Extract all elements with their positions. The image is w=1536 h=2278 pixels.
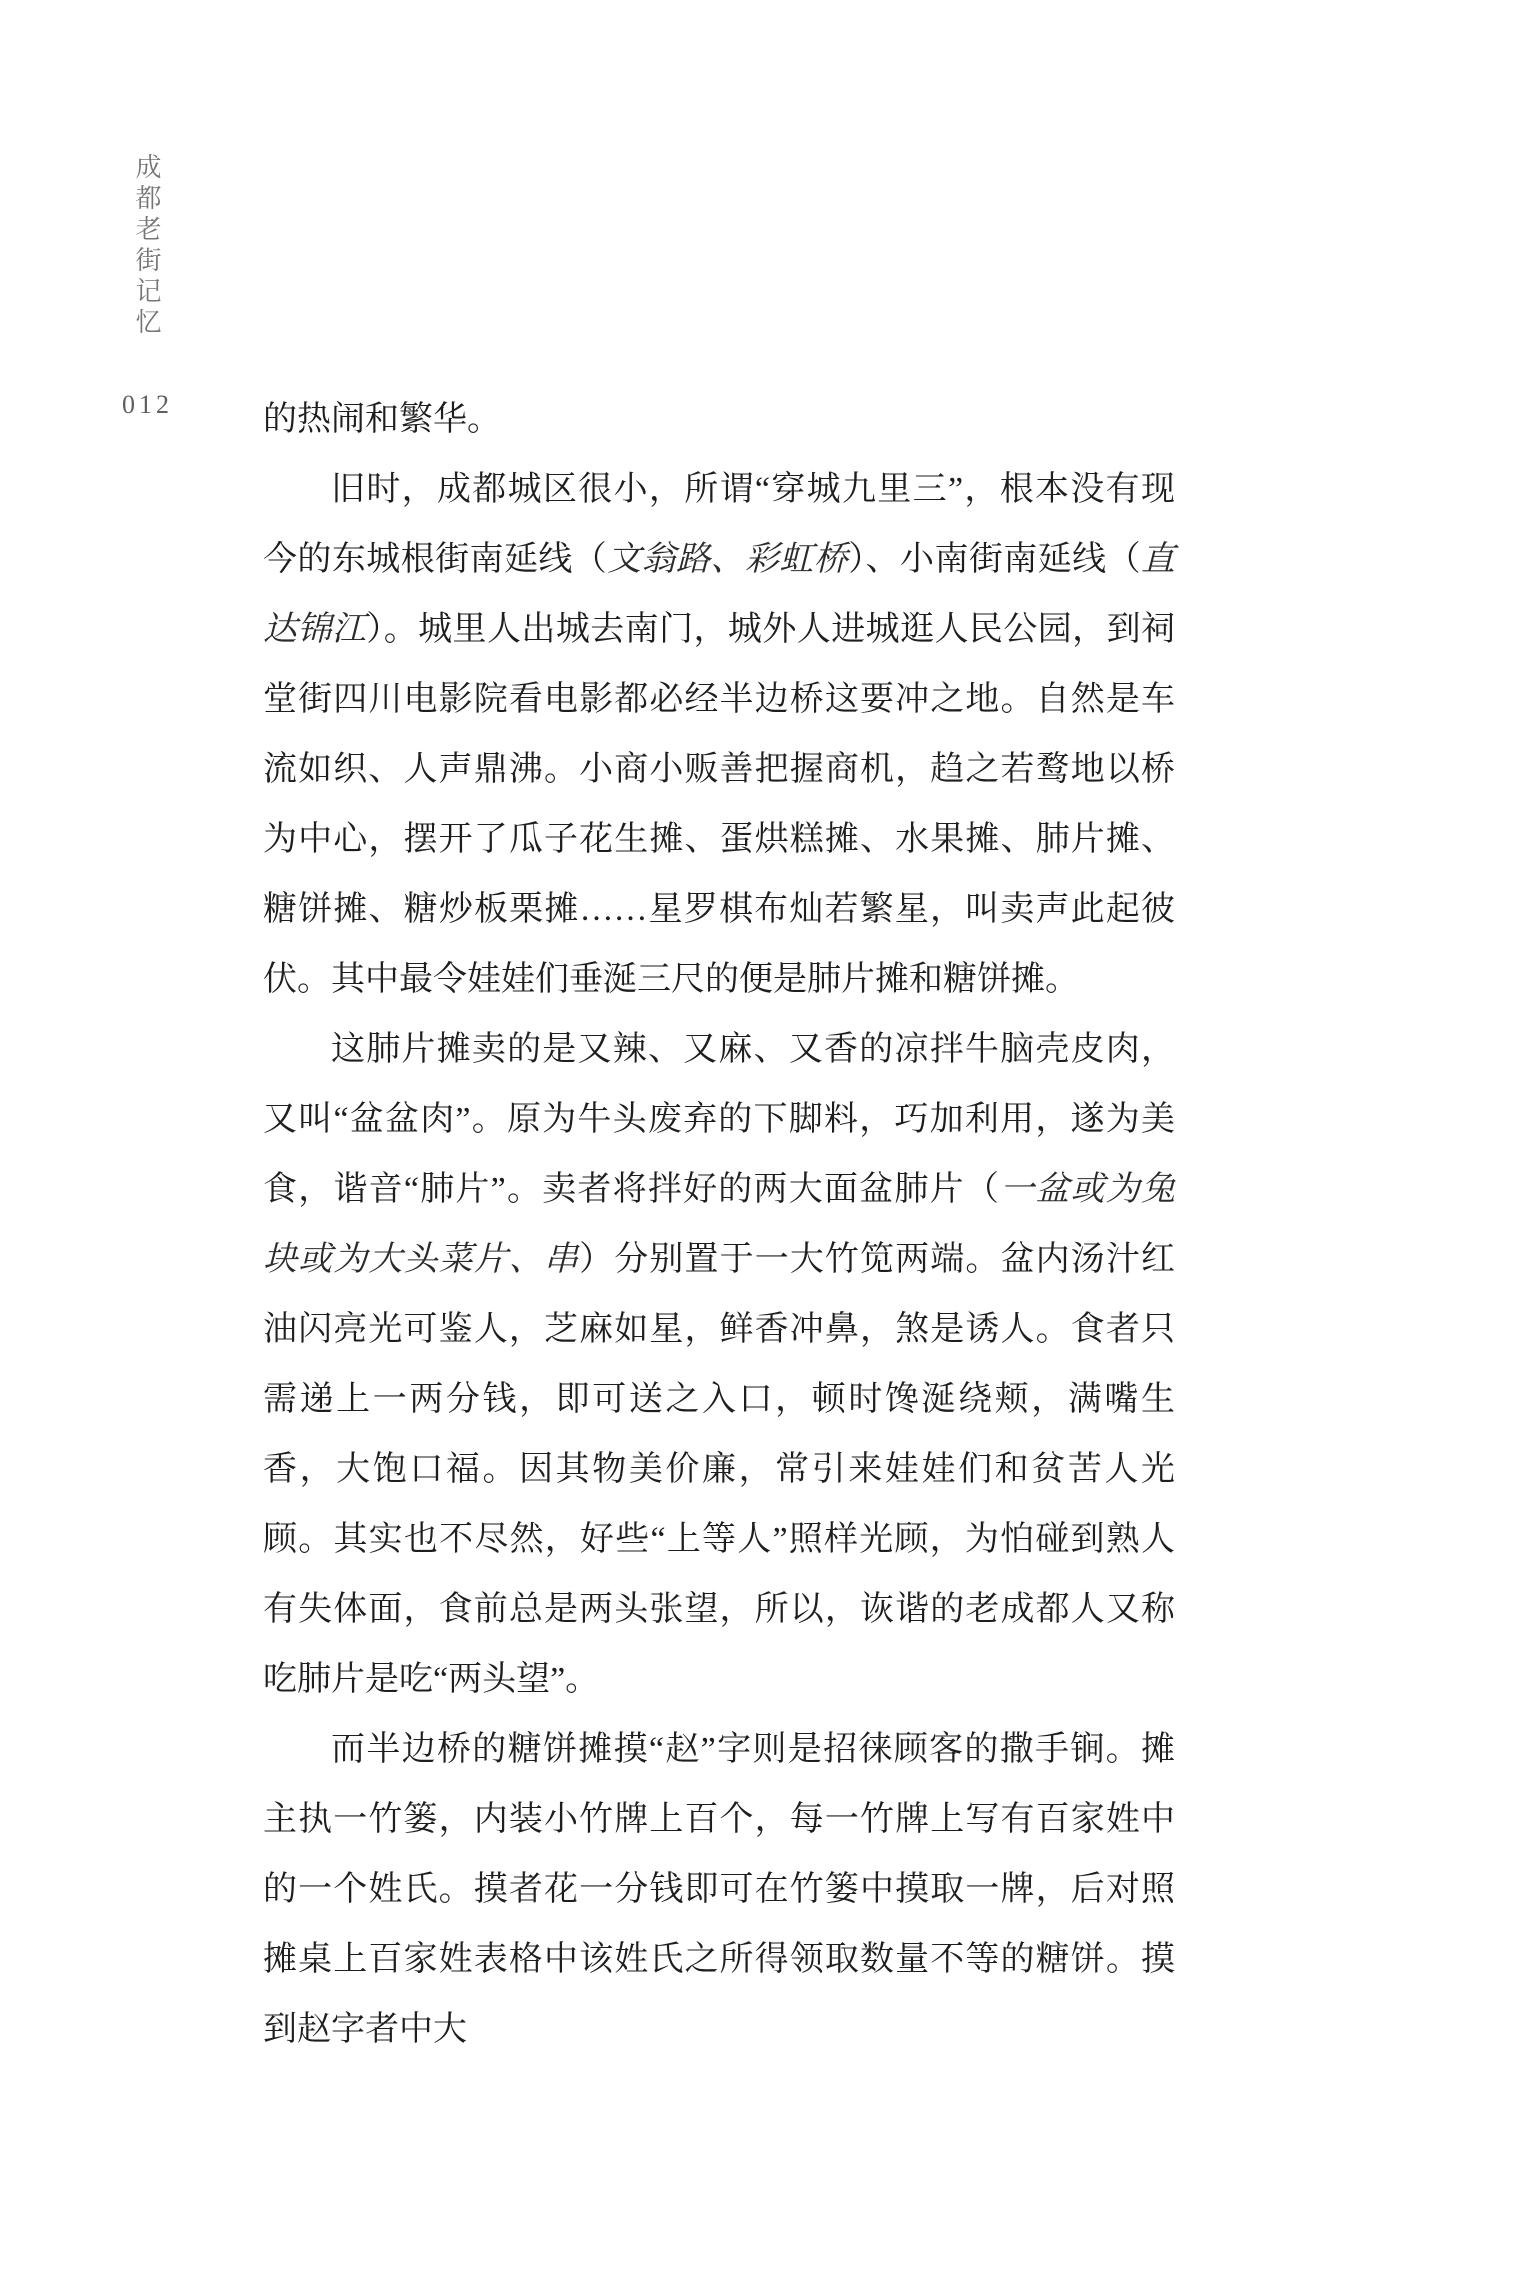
kaiti-annotation: 文翁路、彩虹桥 xyxy=(607,541,848,578)
paragraph: 而半边桥的糖饼摊摸“赵”字则是招徕顾客的撒手锏。摊主执一竹篓，内装小竹牌上百个，… xyxy=(263,1715,1175,2065)
text-run: ）。城里人出城去南门，城外人进城逛人民公园，到祠堂街四川电影院看电影都必经半边桥… xyxy=(263,611,1175,998)
book-page: 成都老街记忆 012 的热闹和繁华。旧时，成都城区很小，所谓“穿城九里三”，根本… xyxy=(0,0,1536,2278)
paragraph: 的热闹和繁华。 xyxy=(263,385,1175,455)
book-title-vertical: 成都老街记忆 xyxy=(128,153,165,339)
text-run: ）分别置于一大竹笕两端。盆内汤汁红油闪亮光可鉴人，芝麻如星，鲜香冲鼻，煞是诱人。… xyxy=(263,1241,1175,1698)
paragraph: 旧时，成都城区很小，所谓“穿城九里三”，根本没有现今的东城根街南延线（文翁路、彩… xyxy=(263,455,1175,1015)
text-run: 而半边桥的糖饼摊摸“赵”字则是招徕顾客的撒手锏。摊主执一竹篓，内装小竹牌上百个，… xyxy=(263,1731,1175,2048)
paragraph: 这肺片摊卖的是又辣、又麻、又香的凉拌牛脑壳皮肉，又叫“盆盆肉”。原为牛头废弃的下… xyxy=(263,1015,1175,1715)
text-run: 的热闹和繁华。 xyxy=(263,401,501,438)
body-text: 的热闹和繁华。旧时，成都城区很小，所谓“穿城九里三”，根本没有现今的东城根街南延… xyxy=(263,385,1175,2065)
text-run: ）、小南街南延线（ xyxy=(848,541,1141,578)
page-number: 012 xyxy=(122,390,173,420)
